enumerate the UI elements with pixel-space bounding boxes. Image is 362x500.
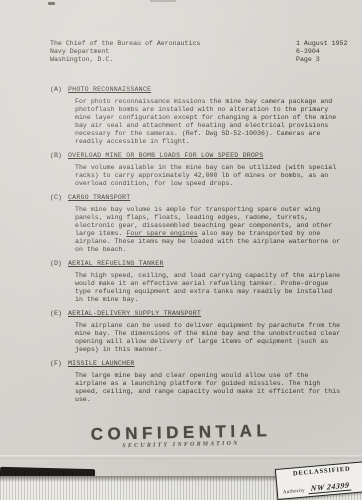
section-a: (A) PHOTO RECONNAISSANCE For photo recon…: [50, 86, 344, 146]
header-right-block: 1 August 1952 6-3904 Page 3: [296, 40, 347, 64]
section-body: For photo reconnaissance missions the mi…: [50, 98, 344, 146]
section-heading: AERIAL REFUELING TANKER: [68, 260, 164, 268]
reference-number: 6-3904: [296, 48, 347, 56]
document-header: The Chief of the Bureau of Aeronautics N…: [50, 40, 344, 64]
section-letter: (C): [50, 194, 68, 202]
section-body: The high speed, ceiling, and load carryi…: [50, 272, 344, 304]
section-heading: AERIAL-DELIVERY SUPPLY TRANSPORT: [68, 310, 201, 318]
section-body: The airplane can be used to deliver equi…: [50, 322, 344, 354]
document-content: The Chief of the Bureau of Aeronautics N…: [50, 40, 344, 410]
authority-label: Authority: [283, 489, 306, 496]
page-number: Page 3: [296, 56, 347, 64]
section-heading: OVERLOAD MINE OR BOMB LOADS FOR LOW SPEE…: [68, 152, 263, 160]
section-heading: PHOTO RECONNAISSANCE: [68, 86, 151, 94]
section-letter: (D): [50, 260, 68, 268]
section-letter: (A): [50, 86, 68, 94]
scanned-document-page: The Chief of the Bureau of Aeronautics N…: [0, 0, 362, 500]
underlined-phrase: Four spare engines: [126, 230, 197, 237]
section-letter: (B): [50, 152, 68, 160]
section-body: The volume available in the mine bay can…: [50, 164, 344, 188]
section-body: The mine bay volume is ample for transpo…: [50, 206, 344, 254]
scan-smudge: [150, 0, 176, 2]
section-f: (F) MISSILE LAUNCHER The large mine bay …: [50, 360, 344, 404]
authority-handwritten-value: NW 24399: [309, 480, 352, 494]
classification-footer: CONFIDENTIAL SECURITY INFORMATION: [0, 424, 362, 448]
section-letter: (E): [50, 310, 68, 318]
date-line: 1 August 1952: [296, 40, 347, 48]
section-b: (B) OVERLOAD MINE OR BOMB LOADS FOR LOW …: [50, 152, 344, 188]
section-letter: (F): [50, 360, 68, 368]
section-e: (E) AERIAL-DELIVERY SUPPLY TRANSPORT The…: [50, 310, 344, 354]
section-d: (D) AERIAL REFUELING TANKER The high spe…: [50, 260, 344, 304]
section-heading: MISSILE LAUNCHER: [68, 360, 135, 368]
section-body: The large mine bay and clear opening wou…: [50, 372, 344, 404]
scan-smudge: [48, 2, 55, 5]
section-heading: CARGO TRANSPORT: [68, 194, 130, 202]
section-c: (C) CARGO TRANSPORT The mine bay volume …: [50, 194, 344, 254]
